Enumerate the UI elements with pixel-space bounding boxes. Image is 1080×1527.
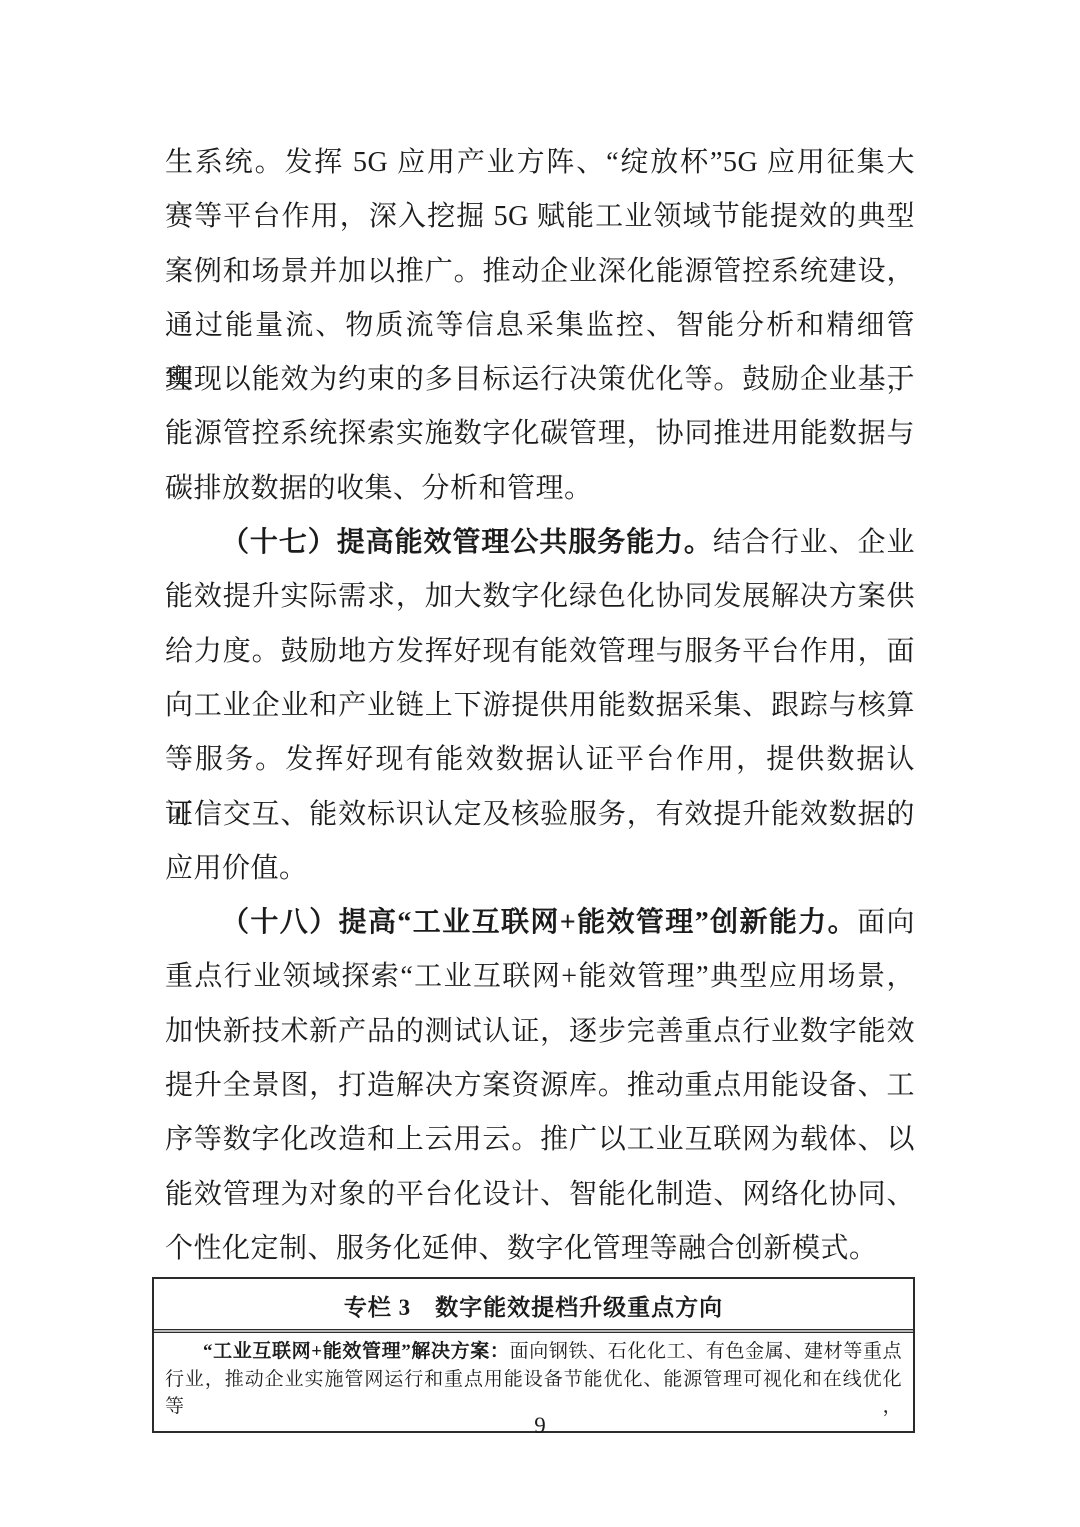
document-body-text: 生系统。发挥 5G 应用产业方阵、“绽放杯”5G 应用征集大赛等平台作用，深入挖… [165, 136, 915, 1276]
text-line: 案例和场景并加以推广。推动企业深化能源管控系统建设， [165, 245, 915, 299]
text-line: 应用价值。 [165, 842, 915, 896]
bold-text-run: （十七）提高能效管理公共服务能力。 [221, 527, 713, 558]
text-line: 碳排放数据的收集、分析和管理。 [165, 462, 915, 516]
text-line: 可信交互、能效标识认定及核验服务，有效提升能效数据的 [165, 788, 915, 842]
text-run: 面向钢铁、石化化工、有色金属、建材等重点 [510, 1341, 902, 1362]
text-run: 碳排放数据的收集、分析和管理。 [165, 473, 593, 504]
text-line: （十八）提高“工业互联网+能效管理”创新能力。面向 [165, 896, 915, 950]
bold-text-run: （十八）提高“工业互联网+能效管理”创新能力。 [221, 907, 857, 938]
text-run: 重点行业领域探索“工业互联网+能效管理”典型应用场景， [165, 961, 915, 992]
text-run: 实现以能效为约束的多目标运行决策优化等。鼓励企业基于 [165, 364, 915, 395]
text-line: 能源管控系统探索实施数字化碳管理，协同推进用能数据与 [165, 407, 915, 461]
text-line: 提升全景图，打造解决方案资源库。推动重点用能设备、工 [165, 1059, 915, 1113]
text-run: 个性化定制、服务化延伸、数字化管理等融合创新模式。 [165, 1233, 878, 1264]
text-run: 向工业企业和产业链上下游提供用能数据采集、跟踪与核算 [165, 690, 915, 721]
text-line: 通过能量流、物质流等信息采集监控、智能分析和精细管理， [165, 299, 915, 353]
text-line: 能效提升实际需求，加大数字化绿色化协同发展解决方案供 [165, 570, 915, 624]
bold-text-run: “工业互联网+能效管理”解决方案： [203, 1341, 510, 1362]
text-run: 赛等平台作用，深入挖掘 5G 赋能工业领域节能提效的典型 [165, 201, 915, 232]
text-line: 序等数字化改造和上云用云。推广以工业互联网为载体、以 [165, 1113, 915, 1167]
callout-box-title: 专栏 3 数字能效提档升级重点方向 [154, 1279, 913, 1329]
text-run: 结合行业、企业 [713, 527, 915, 558]
text-run: 行业，推动企业实施管网运行和重点用能设备节能优化、能源管理可视化和在线优化等， [165, 1369, 902, 1418]
text-run: 能效管理为对象的平台化设计、智能化制造、网络化协同、 [165, 1179, 915, 1210]
text-run: 给力度。鼓励地方发挥好现有能效管理与服务平台作用，面 [165, 636, 915, 667]
text-line: 给力度。鼓励地方发挥好现有能效管理与服务平台作用，面 [165, 625, 915, 679]
text-run: 应用价值。 [165, 853, 308, 884]
text-line: 重点行业领域探索“工业互联网+能效管理”典型应用场景， [165, 950, 915, 1004]
text-run: 案例和场景并加以推广。推动企业深化能源管控系统建设， [165, 256, 915, 287]
text-line: 个性化定制、服务化延伸、数字化管理等融合创新模式。 [165, 1222, 915, 1276]
text-run: 提升全景图，打造解决方案资源库。推动重点用能设备、工 [165, 1070, 915, 1101]
text-run: 生系统。发挥 5G 应用产业方阵、“绽放杯”5G 应用征集大 [165, 147, 915, 178]
text-run: 可信交互、能效标识认定及核验服务，有效提升能效数据的 [165, 799, 915, 830]
callout-box-column3: 专栏 3 数字能效提档升级重点方向 “工业互联网+能效管理”解决方案：面向钢铁、… [152, 1277, 915, 1433]
text-line: “工业互联网+能效管理”解决方案：面向钢铁、石化化工、有色金属、建材等重点 [165, 1338, 902, 1366]
text-run: 面向 [857, 907, 915, 938]
text-line: 生系统。发挥 5G 应用产业方阵、“绽放杯”5G 应用征集大 [165, 136, 915, 190]
text-line: 加快新技术新产品的测试认证，逐步完善重点行业数字能效 [165, 1005, 915, 1059]
text-line: 能效管理为对象的平台化设计、智能化制造、网络化协同、 [165, 1168, 915, 1222]
text-line: 赛等平台作用，深入挖掘 5G 赋能工业领域节能提效的典型 [165, 190, 915, 244]
text-run: 加快新技术新产品的测试认证，逐步完善重点行业数字能效 [165, 1016, 915, 1047]
text-run: 能源管控系统探索实施数字化碳管理，协同推进用能数据与 [165, 418, 915, 449]
text-line: （十七）提高能效管理公共服务能力。结合行业、企业 [165, 516, 915, 570]
text-line: 实现以能效为约束的多目标运行决策优化等。鼓励企业基于 [165, 353, 915, 407]
text-line: 等服务。发挥好现有能效数据认证平台作用，提供数据认证、 [165, 733, 915, 787]
text-run: 能效提升实际需求，加大数字化绿色化协同发展解决方案供 [165, 581, 915, 612]
text-run: 序等数字化改造和上云用云。推广以工业互联网为载体、以 [165, 1124, 915, 1155]
document-page: 生系统。发挥 5G 应用产业方阵、“绽放杯”5G 应用征集大赛等平台作用，深入挖… [0, 0, 1080, 1527]
page-number: 9 [0, 1413, 1080, 1439]
text-line: 向工业企业和产业链上下游提供用能数据采集、跟踪与核算 [165, 679, 915, 733]
